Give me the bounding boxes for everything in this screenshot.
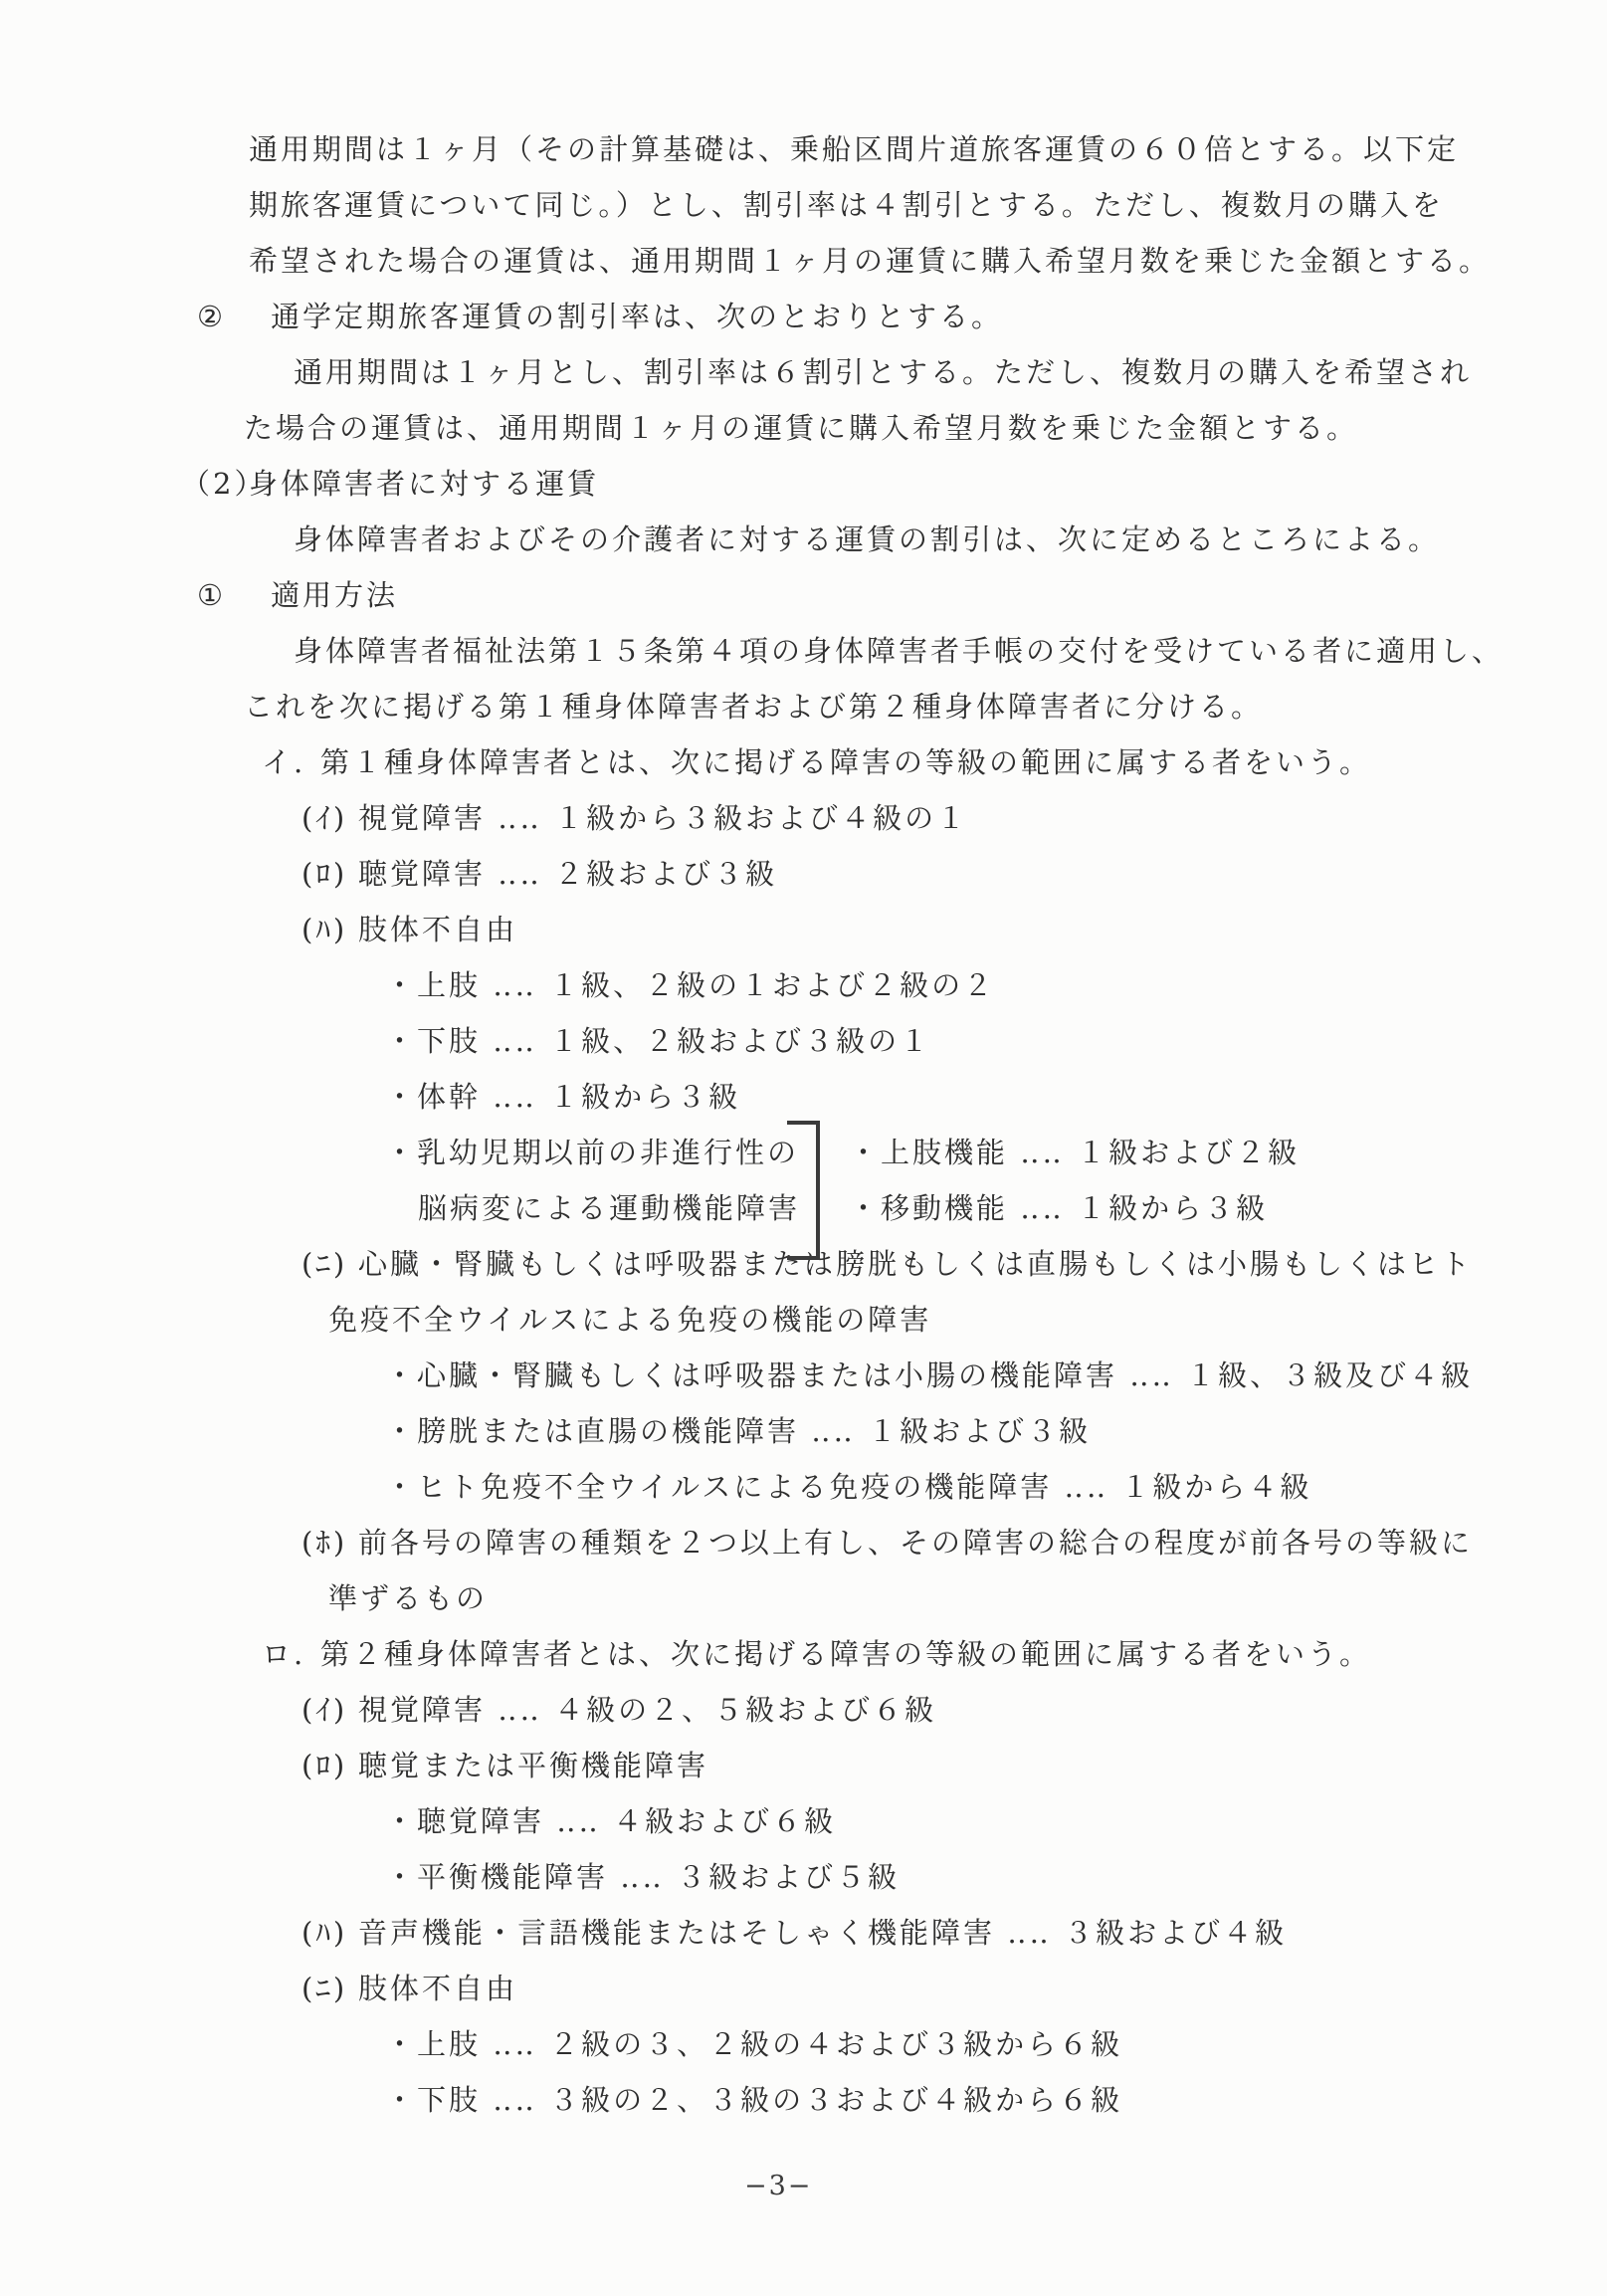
line-text: 身体障害者およびその介護者に対する運賃の割引は、次に定めるところによる。 (294, 512, 1440, 567)
bracket-right-column-text: ・上肢機能 ‥‥ １級および２級 (849, 1125, 1300, 1180)
document-page: 通用期間は１ヶ月（その計算基礎は、乗船区間片道旅客運賃の６０倍とする。以下定期旅… (0, 0, 1607, 2296)
line-text: 第２種身体障害者とは、次に掲げる障害の等級の範囲に属する者をいう。 (320, 1626, 1371, 1682)
line-text: ・体幹 ‥‥ １級から３級 (385, 1069, 740, 1125)
line-text: 心臓・腎臓もしくは呼吸器または膀胱もしくは直腸もしくは小腸もしくはヒト (358, 1236, 1473, 1292)
text-line: (ﾛ)聴覚障害 ‥‥ ２級および３級 (0, 846, 1607, 902)
line-text: ・上肢 ‥‥ １級、２級の１および２級の２ (385, 957, 995, 1013)
text-line: （2）身体障害者に対する運賃 (0, 456, 1607, 512)
line-text: ・心臓・腎臓もしくは呼吸器または小腸の機能障害 ‥‥ １級、３級及び４級 (385, 1348, 1473, 1403)
line-text: 肢体不自由 (358, 1961, 517, 2016)
text-line: これを次に掲げる第１種身体障害者および第２種身体障害者に分ける。 (0, 679, 1607, 734)
list-marker: (ﾛ) (301, 846, 347, 902)
text-line: ・乳幼児期以前の非進行性の・上肢機能 ‥‥ １級および２級 (0, 1125, 1607, 1180)
bracket-right-column-text: ・移動機能 ‥‥ １級から３級 (849, 1180, 1268, 1236)
list-marker: (ﾊ) (301, 1905, 347, 1961)
text-line: た場合の運賃は、通用期間１ヶ月の運賃に購入希望月数を乗じた金額とする。 (0, 400, 1607, 456)
line-text: 視覚障害 ‥‥ ４級の２、５級および６級 (358, 1682, 936, 1738)
list-marker: (ｲ) (301, 790, 347, 846)
list-marker: ロ. (262, 1626, 305, 1682)
line-text: これを次に掲げる第１種身体障害者および第２種身体障害者に分ける。 (244, 679, 1263, 734)
line-text: 脳病変による運動機能障害 (418, 1180, 800, 1236)
line-text: 通学定期旅客運賃の割引率は、次のとおりとする。 (271, 289, 1003, 344)
list-marker: (ﾆ) (301, 1236, 347, 1292)
text-line: ・体幹 ‥‥ １級から３級 (0, 1069, 1607, 1125)
line-text: 通用期間は１ヶ月（その計算基礎は、乗船区間片道旅客運賃の６０倍とする。以下定 (249, 121, 1459, 177)
text-line: 希望された場合の運賃は、通用期間１ヶ月の運賃に購入希望月数を乗じた金額とする。 (0, 233, 1607, 289)
text-line: 身体障害者およびその介護者に対する運賃の割引は、次に定めるところによる。 (0, 512, 1607, 567)
text-line: (ﾆ)肢体不自由 (0, 1961, 1607, 2016)
line-text: 音声機能・言語機能またはそしゃく機能障害 ‥‥ ３級および４級 (358, 1905, 1287, 1961)
line-text: 聴覚障害 ‥‥ ２級および３級 (358, 846, 777, 902)
line-text: ・平衡機能障害 ‥‥ ３級および５級 (385, 1849, 900, 1905)
list-marker: (ﾛ) (301, 1738, 347, 1793)
text-line: (ﾛ)聴覚または平衡機能障害 (0, 1738, 1607, 1793)
text-line: 脳病変による運動機能障害・移動機能 ‥‥ １級から３級 (0, 1180, 1607, 1236)
line-text: 適用方法 (271, 567, 398, 623)
line-text: 希望された場合の運賃は、通用期間１ヶ月の運賃に購入希望月数を乗じた金額とする。 (249, 233, 1491, 289)
text-line: 身体障害者福祉法第１５条第４項の身体障害者手帳の交付を受けている者に適用し、 (0, 623, 1607, 679)
list-marker: ① (197, 567, 226, 623)
text-line: ・下肢 ‥‥ １級、２級および３級の１ (0, 1013, 1607, 1069)
line-text: 聴覚または平衡機能障害 (358, 1738, 708, 1793)
text-line: 準ずるもの (0, 1570, 1607, 1626)
line-text: 肢体不自由 (358, 902, 517, 957)
text-line: ・平衡機能障害 ‥‥ ３級および５級 (0, 1849, 1607, 1905)
text-line: ロ.第２種身体障害者とは、次に掲げる障害の等級の範囲に属する者をいう。 (0, 1626, 1607, 1682)
line-text: 通用期間は１ヶ月とし、割引率は６割引とする。ただし、複数月の購入を希望され (294, 344, 1472, 400)
text-line: (ﾎ)前各号の障害の種類を２つ以上有し、その障害の総合の程度が前各号の等級に (0, 1515, 1607, 1570)
line-text: 免疫不全ウイルスによる免疫の機能の障害 (328, 1292, 931, 1348)
line-text: 期旅客運賃について同じ。）とし、割引率は４割引とする。ただし、複数月の購入を (249, 177, 1444, 233)
line-text: ・ヒト免疫不全ウイルスによる免疫の機能障害 ‥‥ １級から４級 (385, 1459, 1311, 1515)
line-text: 身体障害者に対する運賃 (249, 456, 599, 512)
text-line: ・心臓・腎臓もしくは呼吸器または小腸の機能障害 ‥‥ １級、３級及び４級 (0, 1348, 1607, 1403)
text-line: ・ヒト免疫不全ウイルスによる免疫の機能障害 ‥‥ １級から４級 (0, 1459, 1607, 1515)
text-line: ①適用方法 (0, 567, 1607, 623)
line-text: ・下肢 ‥‥ １級、２級および３級の１ (385, 1013, 931, 1069)
grouping-bracket-bottom-tick (787, 1256, 820, 1260)
line-text: 第１種身体障害者とは、次に掲げる障害の等級の範囲に属する者をいう。 (320, 734, 1371, 790)
text-line: 通用期間は１ヶ月（その計算基礎は、乗船区間片道旅客運賃の６０倍とする。以下定 (0, 121, 1607, 177)
text-line: ②通学定期旅客運賃の割引率は、次のとおりとする。 (0, 289, 1607, 344)
text-line: (ｲ)視覚障害 ‥‥ ４級の２、５級および６級 (0, 1682, 1607, 1738)
line-text: ・膀胱または直腸の機能障害 ‥‥ １級および３級 (385, 1403, 1091, 1459)
text-line: 期旅客運賃について同じ。）とし、割引率は４割引とする。ただし、複数月の購入を (0, 177, 1607, 233)
line-text: 身体障害者福祉法第１５条第４項の身体障害者手帳の交付を受けている者に適用し、 (294, 623, 1504, 679)
line-text: ・乳幼児期以前の非進行性の (385, 1125, 799, 1180)
text-line: ・膀胱または直腸の機能障害 ‥‥ １級および３級 (0, 1403, 1607, 1459)
line-text: ・聴覚障害 ‥‥ ４級および６級 (385, 1793, 836, 1849)
list-marker: (ﾎ) (301, 1515, 347, 1570)
line-text: ・下肢 ‥‥ ３級の２、３級の３および４級から６級 (385, 2072, 1122, 2128)
text-line: (ﾆ)心臓・腎臓もしくは呼吸器または膀胱もしくは直腸もしくは小腸もしくはヒト (0, 1236, 1607, 1292)
text-line: 免疫不全ウイルスによる免疫の機能の障害 (0, 1292, 1607, 1348)
page-number: −3− (744, 2159, 812, 2214)
line-text: 前各号の障害の種類を２つ以上有し、その障害の総合の程度が前各号の等級に (358, 1515, 1473, 1570)
list-marker: (ﾊ) (301, 902, 347, 957)
text-line: ・聴覚障害 ‥‥ ４級および６級 (0, 1793, 1607, 1849)
line-text: ・上肢 ‥‥ ２級の３、２級の４および３級から６級 (385, 2016, 1122, 2072)
list-marker: (ｲ) (301, 1682, 347, 1738)
line-text: 視覚障害 ‥‥ １級から３級および４級の１ (358, 790, 968, 846)
text-line: ・上肢 ‥‥ １級、２級の１および２級の２ (0, 957, 1607, 1013)
list-marker: イ. (262, 734, 305, 790)
text-line: (ﾊ)肢体不自由 (0, 902, 1607, 957)
line-text: 準ずるもの (328, 1570, 488, 1626)
text-line: (ﾊ)音声機能・言語機能またはそしゃく機能障害 ‥‥ ３級および４級 (0, 1905, 1607, 1961)
text-line: ・下肢 ‥‥ ３級の２、３級の３および４級から６級 (0, 2072, 1607, 2128)
text-line: 通用期間は１ヶ月とし、割引率は６割引とする。ただし、複数月の購入を希望され (0, 344, 1607, 400)
list-marker: ② (197, 289, 226, 344)
grouping-bracket-top-tick (787, 1121, 820, 1125)
text-line: イ.第１種身体障害者とは、次に掲げる障害の等級の範囲に属する者をいう。 (0, 734, 1607, 790)
text-line: (ｲ)視覚障害 ‥‥ １級から３級および４級の１ (0, 790, 1607, 846)
line-text: た場合の運賃は、通用期間１ヶ月の運賃に購入希望月数を乗じた金額とする。 (244, 400, 1358, 456)
text-line: ・上肢 ‥‥ ２級の３、２級の４および３級から６級 (0, 2016, 1607, 2072)
grouping-bracket-vertical (816, 1121, 820, 1260)
list-marker: (ﾆ) (301, 1961, 347, 2016)
